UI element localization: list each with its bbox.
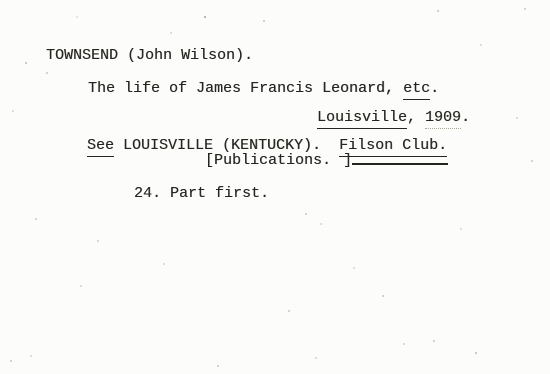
imprint-period: . [461, 109, 470, 126]
title-etc-underlined: etc [403, 80, 430, 100]
imprint-place-underlined: Louisville [317, 109, 407, 129]
title-period: . [430, 80, 439, 97]
part-number-line: 24. Part first. [134, 185, 269, 202]
publications-text: [Publications. [205, 152, 331, 169]
publications-closing-bracket: ] [343, 152, 352, 169]
see-underlined: See [87, 137, 114, 157]
publications-line: [Publications.] [205, 152, 352, 169]
imprint-line: Louisville, 1909. [317, 109, 470, 126]
author-heading: TOWNSEND (John Wilson). [46, 47, 253, 64]
filson-club-underline-rule [352, 163, 448, 165]
imprint-year: 1909 [425, 109, 461, 129]
title-line: The life of James Francis Leonard, etc. [88, 80, 439, 97]
title-text: The life of James Francis Leonard, [88, 80, 403, 97]
catalog-card: TOWNSEND (John Wilson). The life of Jame… [0, 0, 550, 374]
imprint-comma: , [407, 109, 425, 126]
filson-club-underlined: Filson Club. [339, 137, 447, 157]
